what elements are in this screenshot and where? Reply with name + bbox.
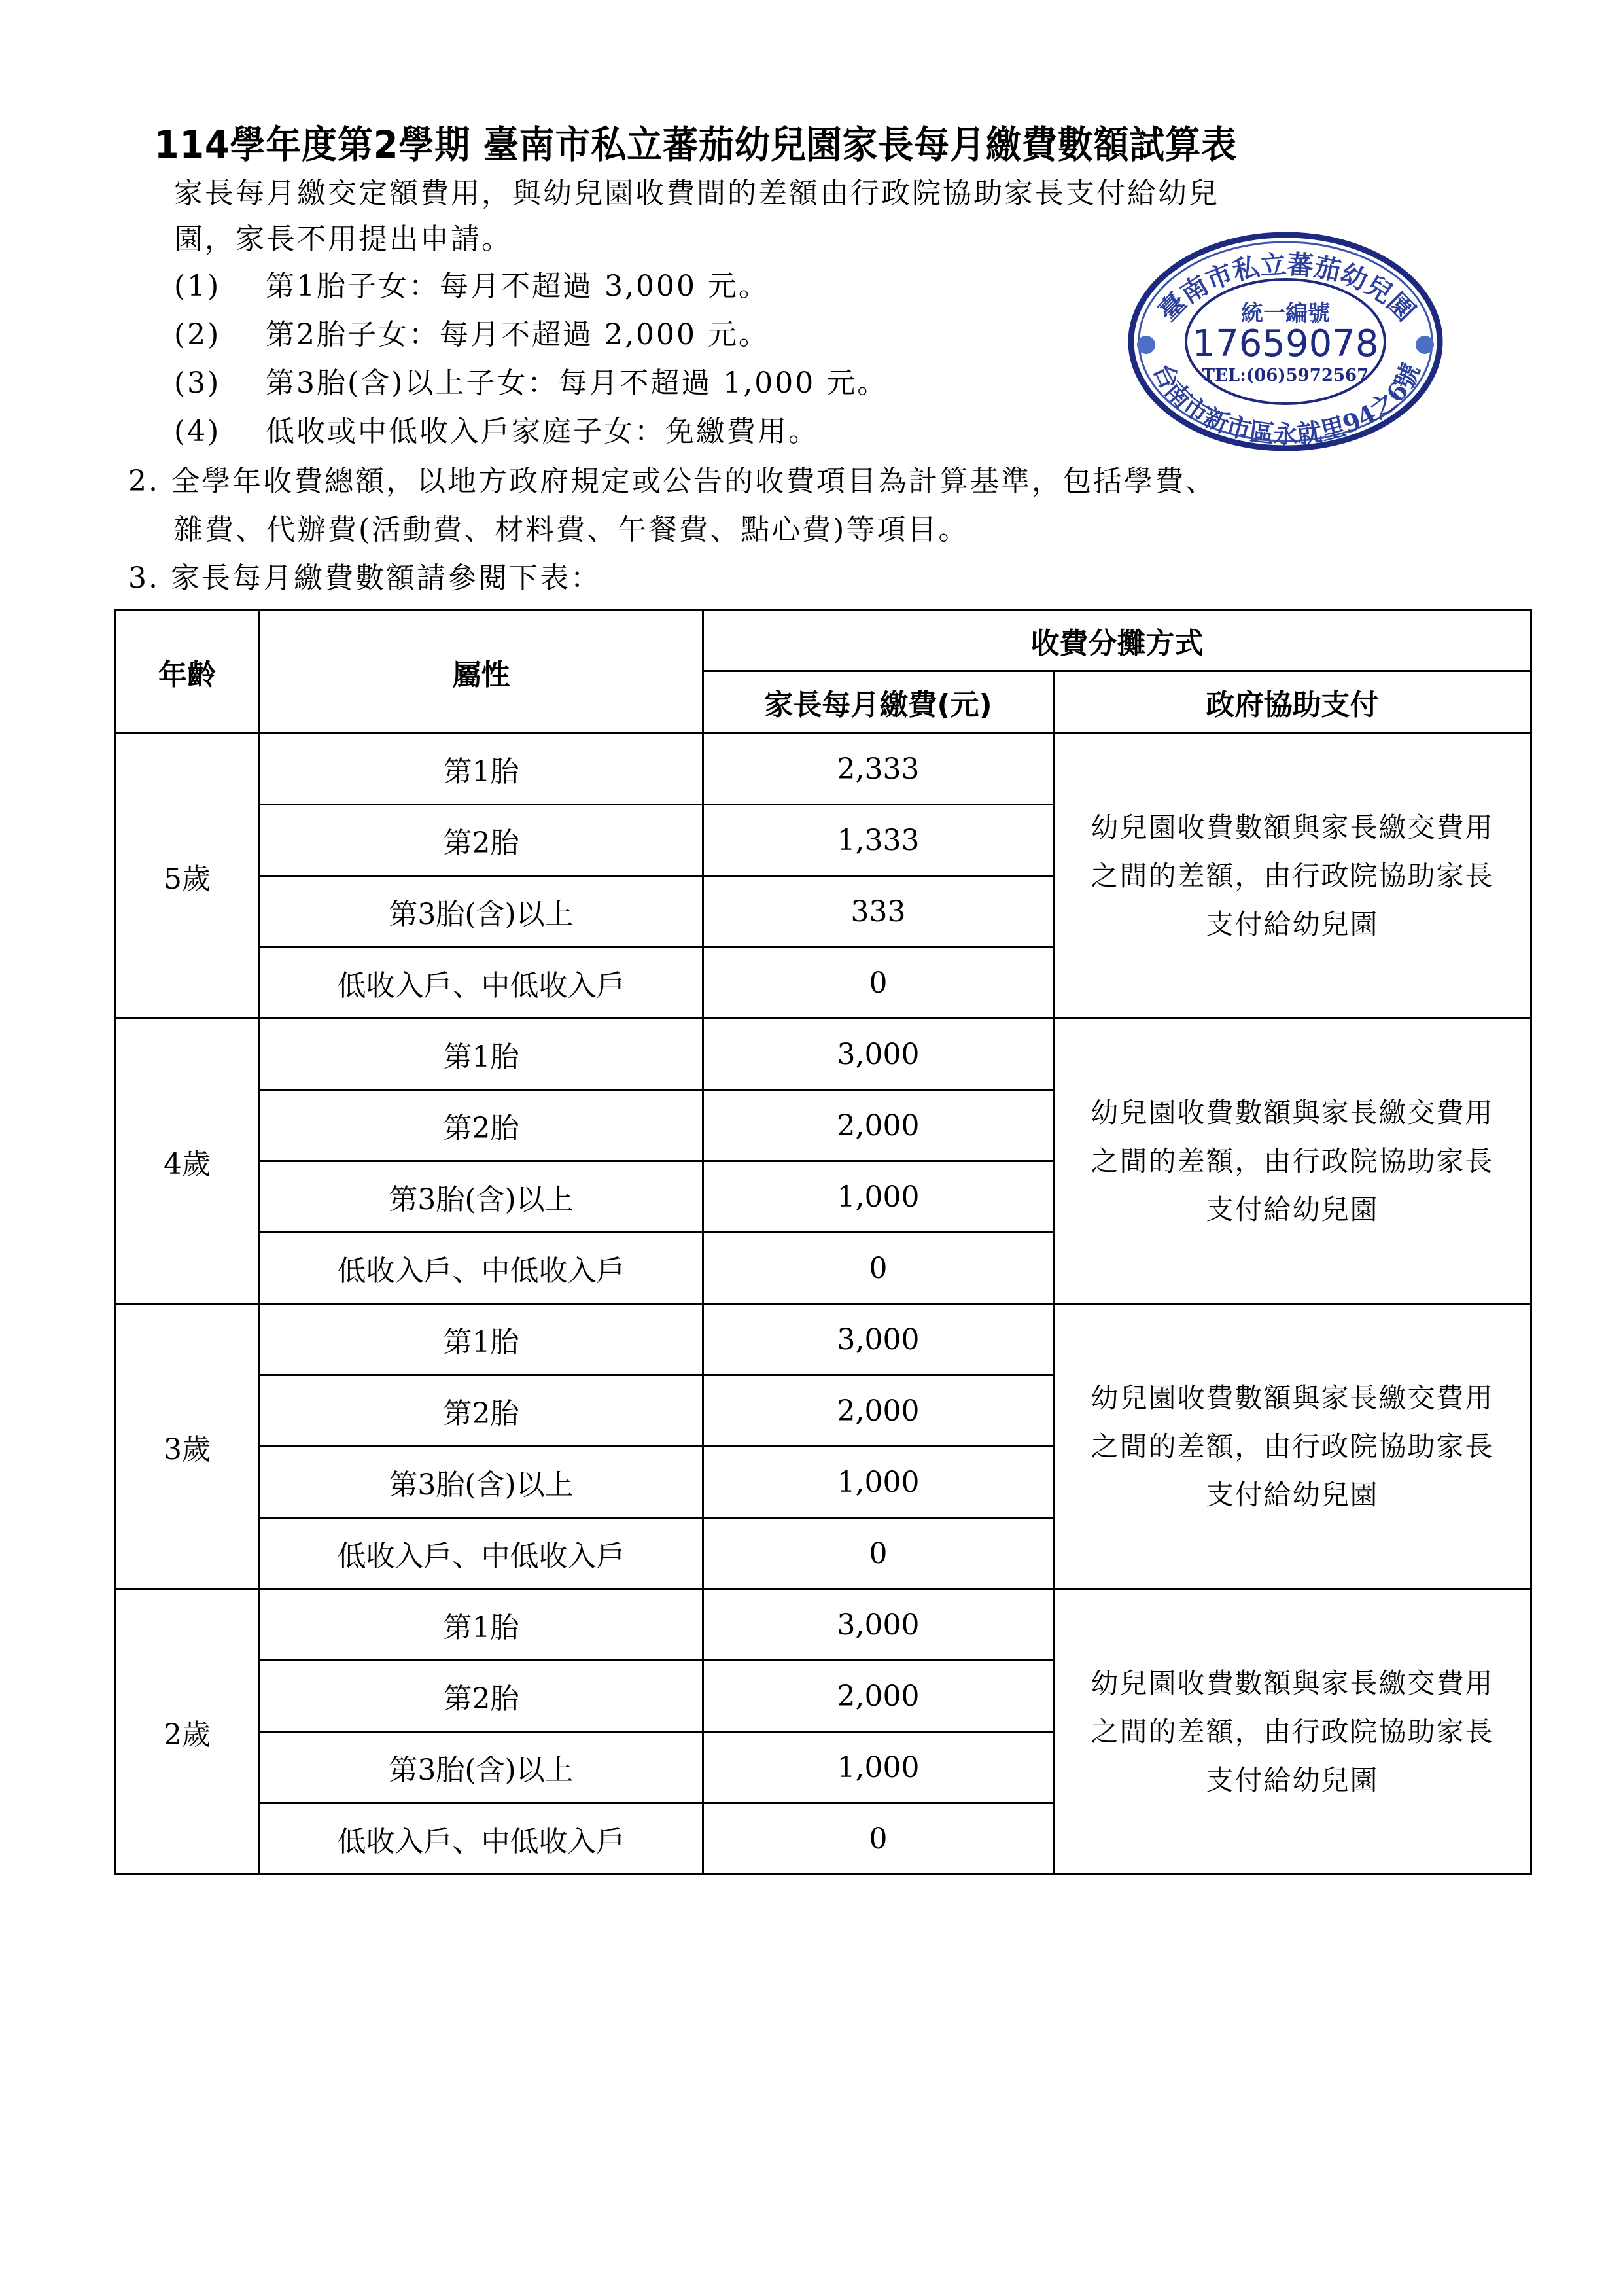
header-parent-fee: 家長每月繳費(元) xyxy=(703,671,1054,733)
attribute-cell: 低收入戶、中低收入戶 xyxy=(260,1803,703,1875)
list-item-number: (4) xyxy=(174,414,266,450)
note-line: 幼兒園收費數額與家長繳交費用 xyxy=(1055,1374,1530,1422)
note-line: 幼兒園收費數額與家長繳交費用 xyxy=(1055,1659,1530,1708)
note-line: 支付給幼兒園 xyxy=(1055,1471,1530,1519)
list-item-number: (3) xyxy=(174,365,266,402)
point-3: 3. 家長每月繳費數額請參閱下表： xyxy=(128,560,601,597)
note-line: 支付給幼兒園 xyxy=(1055,900,1530,949)
list-item-number: (1) xyxy=(174,268,266,305)
list-item: (3)第3胎(含)以上子女：每月不超過 1,000 元。 xyxy=(174,365,888,402)
fee-cell: 1,000 xyxy=(703,1732,1054,1803)
attribute-cell: 第3胎(含)以上 xyxy=(260,876,703,947)
attribute-cell: 低收入戶、中低收入戶 xyxy=(260,947,703,1019)
list-item-text: 低收或中低收入戶家庭子女：免繳費用。 xyxy=(266,415,819,448)
fee-cell: 0 xyxy=(703,1518,1054,1589)
header-fee-sharing: 收費分攤方式 xyxy=(703,610,1531,671)
header-gov-support: 政府協助支付 xyxy=(1054,671,1531,733)
fee-cell: 0 xyxy=(703,1803,1054,1875)
attribute-cell: 第3胎(含)以上 xyxy=(260,1447,703,1518)
fee-cell: 2,000 xyxy=(703,1375,1054,1447)
point-2-line-2: 雜費、代辦費(活動費、材料費、午餐費、點心費)等項目。 xyxy=(174,512,969,548)
note-line: 之間的差額，由行政院協助家長 xyxy=(1055,1422,1530,1471)
official-seal-stamp: 臺南市私立蕃茄幼兒園 台南市新市區永就里94之6號 統一編號 17659078 … xyxy=(1126,230,1444,453)
fee-cell: 2,000 xyxy=(703,1661,1054,1732)
stamp-tax-id: 17659078 xyxy=(1192,323,1378,365)
fee-cell: 3,000 xyxy=(703,1589,1054,1661)
gov-support-note: 幼兒園收費數額與家長繳交費用 之間的差額，由行政院協助家長 支付給幼兒園 xyxy=(1054,1589,1531,1875)
gov-support-note: 幼兒園收費數額與家長繳交費用 之間的差額，由行政院協助家長 支付給幼兒園 xyxy=(1054,733,1531,1019)
attribute-cell: 低收入戶、中低收入戶 xyxy=(260,1518,703,1589)
age-cell: 3歲 xyxy=(115,1304,260,1589)
note-line: 支付給幼兒園 xyxy=(1055,1186,1530,1234)
list-item-text: 第3胎(含)以上子女：每月不超過 1,000 元。 xyxy=(266,366,888,400)
attribute-cell: 第1胎 xyxy=(260,1589,703,1661)
table-row: 3歲 第1胎 3,000 幼兒園收費數額與家長繳交費用 之間的差額，由行政院協助… xyxy=(115,1304,1531,1375)
table-row: 2歲 第1胎 3,000 幼兒園收費數額與家長繳交費用 之間的差額，由行政院協助… xyxy=(115,1589,1531,1661)
attribute-cell: 第2胎 xyxy=(260,805,703,876)
attribute-cell: 第3胎(含)以上 xyxy=(260,1161,703,1233)
gov-support-note: 幼兒園收費數額與家長繳交費用 之間的差額，由行政院協助家長 支付給幼兒園 xyxy=(1054,1019,1531,1304)
fee-cell: 2,000 xyxy=(703,1090,1054,1161)
list-item-text: 第2胎子女：每月不超過 2,000 元。 xyxy=(266,318,769,351)
stamp-tel: TEL:(06)5972567 xyxy=(1202,366,1369,385)
list-item: (4)低收或中低收入戶家庭子女：免繳費用。 xyxy=(174,414,819,450)
attribute-cell: 第2胎 xyxy=(260,1661,703,1732)
attribute-cell: 低收入戶、中低收入戶 xyxy=(260,1233,703,1304)
fee-cell: 3,000 xyxy=(703,1019,1054,1090)
point-2-line-1: 2. 全學年收費總額，以地方政府規定或公告的收費項目為計算基準，包括學費、 xyxy=(128,463,1216,500)
fee-cell: 1,333 xyxy=(703,805,1054,876)
header-age: 年齡 xyxy=(115,610,260,733)
gov-support-note: 幼兒園收費數額與家長繳交費用 之間的差額，由行政院協助家長 支付給幼兒園 xyxy=(1054,1304,1531,1589)
page-title: 114學年度第2學期 臺南市私立蕃茄幼兒園家長每月繳費數額試算表 xyxy=(154,122,1237,168)
fee-cell: 0 xyxy=(703,947,1054,1019)
attribute-cell: 第2胎 xyxy=(260,1375,703,1447)
fee-table: 年齡 屬性 收費分攤方式 家長每月繳費(元) 政府協助支付 5歲 第1胎 2,3… xyxy=(114,609,1532,1875)
table-row: 4歲 第1胎 3,000 幼兒園收費數額與家長繳交費用 之間的差額，由行政院協助… xyxy=(115,1019,1531,1090)
attribute-cell: 第2胎 xyxy=(260,1090,703,1161)
fee-cell: 2,333 xyxy=(703,733,1054,805)
header-attribute: 屬性 xyxy=(260,610,703,733)
intro-line-2: 園，家長不用提出申請。 xyxy=(174,221,512,258)
age-cell: 5歲 xyxy=(115,733,260,1019)
note-line: 幼兒園收費數額與家長繳交費用 xyxy=(1055,1089,1530,1137)
note-line: 之間的差額，由行政院協助家長 xyxy=(1055,1708,1530,1756)
table-row: 5歲 第1胎 2,333 幼兒園收費數額與家長繳交費用 之間的差額，由行政院協助… xyxy=(115,733,1531,805)
attribute-cell: 第1胎 xyxy=(260,733,703,805)
fee-cell: 1,000 xyxy=(703,1447,1054,1518)
list-item: (2)第2胎子女：每月不超過 2,000 元。 xyxy=(174,317,769,353)
note-line: 之間的差額，由行政院協助家長 xyxy=(1055,852,1530,900)
fee-cell: 1,000 xyxy=(703,1161,1054,1233)
fee-cell: 0 xyxy=(703,1233,1054,1304)
age-cell: 4歲 xyxy=(115,1019,260,1304)
list-item-number: (2) xyxy=(174,317,266,353)
list-item-text: 第1胎子女：每月不超過 3,000 元。 xyxy=(266,270,769,303)
note-line: 支付給幼兒園 xyxy=(1055,1756,1530,1805)
attribute-cell: 第3胎(含)以上 xyxy=(260,1732,703,1803)
age-cell: 2歲 xyxy=(115,1589,260,1875)
attribute-cell: 第1胎 xyxy=(260,1019,703,1090)
intro-line-1: 家長每月繳交定額費用，與幼兒園收費間的差額由行政院協助家長支付給幼兒 xyxy=(174,175,1219,212)
list-item: (1)第1胎子女：每月不超過 3,000 元。 xyxy=(174,268,769,305)
note-line: 幼兒園收費數額與家長繳交費用 xyxy=(1055,804,1530,852)
fee-cell: 3,000 xyxy=(703,1304,1054,1375)
fee-cell: 333 xyxy=(703,876,1054,947)
note-line: 之間的差額，由行政院協助家長 xyxy=(1055,1137,1530,1186)
attribute-cell: 第1胎 xyxy=(260,1304,703,1375)
